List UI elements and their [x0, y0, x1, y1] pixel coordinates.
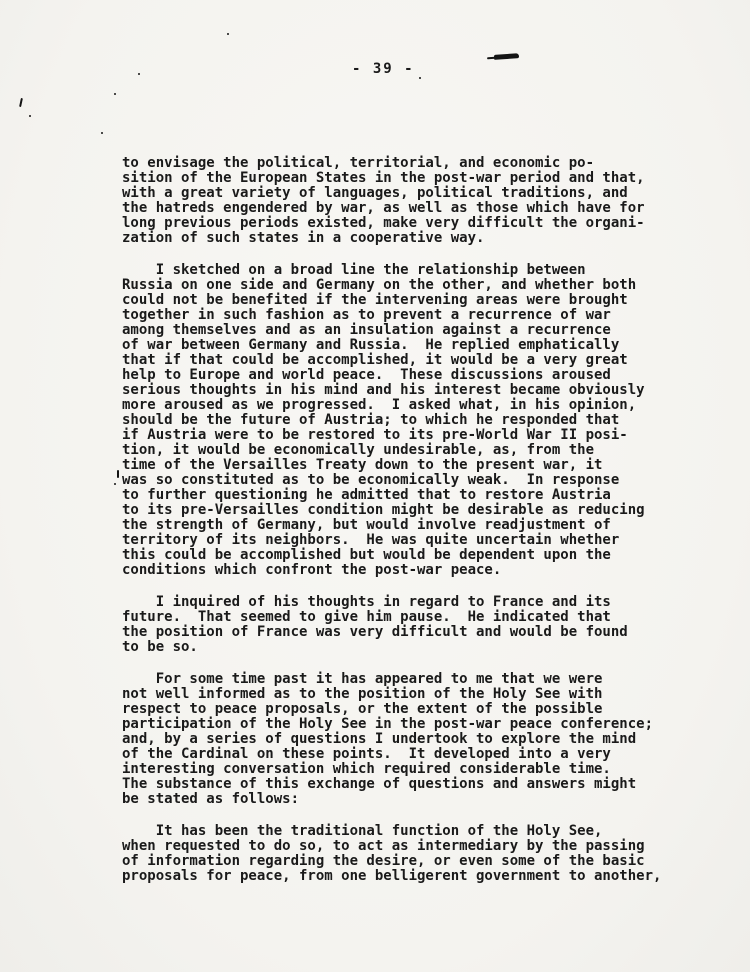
page-number-dot [419, 77, 421, 79]
page-body: to envisage the political, territorial, … [122, 156, 682, 884]
paper-speck [101, 132, 103, 134]
stray-apostrophe-mark [117, 470, 119, 478]
page-number: - 39 - [352, 61, 415, 77]
margin-slash-mark [19, 98, 23, 107]
paragraph: I inquired of his thoughts in regard to … [122, 595, 682, 655]
document-page: - 39 - to envisage the political, territ… [0, 0, 750, 972]
paper-speck [227, 33, 229, 35]
paper-speck [29, 115, 31, 117]
paragraph: It has been the traditional function of … [122, 824, 682, 884]
paragraph: to envisage the political, territorial, … [122, 156, 682, 246]
ink-dash-mark [494, 53, 519, 60]
paragraph: I sketched on a broad line the relations… [122, 263, 682, 578]
paragraph: For some time past it has appeared to me… [122, 672, 682, 807]
paper-speck [114, 93, 116, 95]
paper-speck [114, 483, 116, 485]
paper-speck [138, 73, 140, 75]
